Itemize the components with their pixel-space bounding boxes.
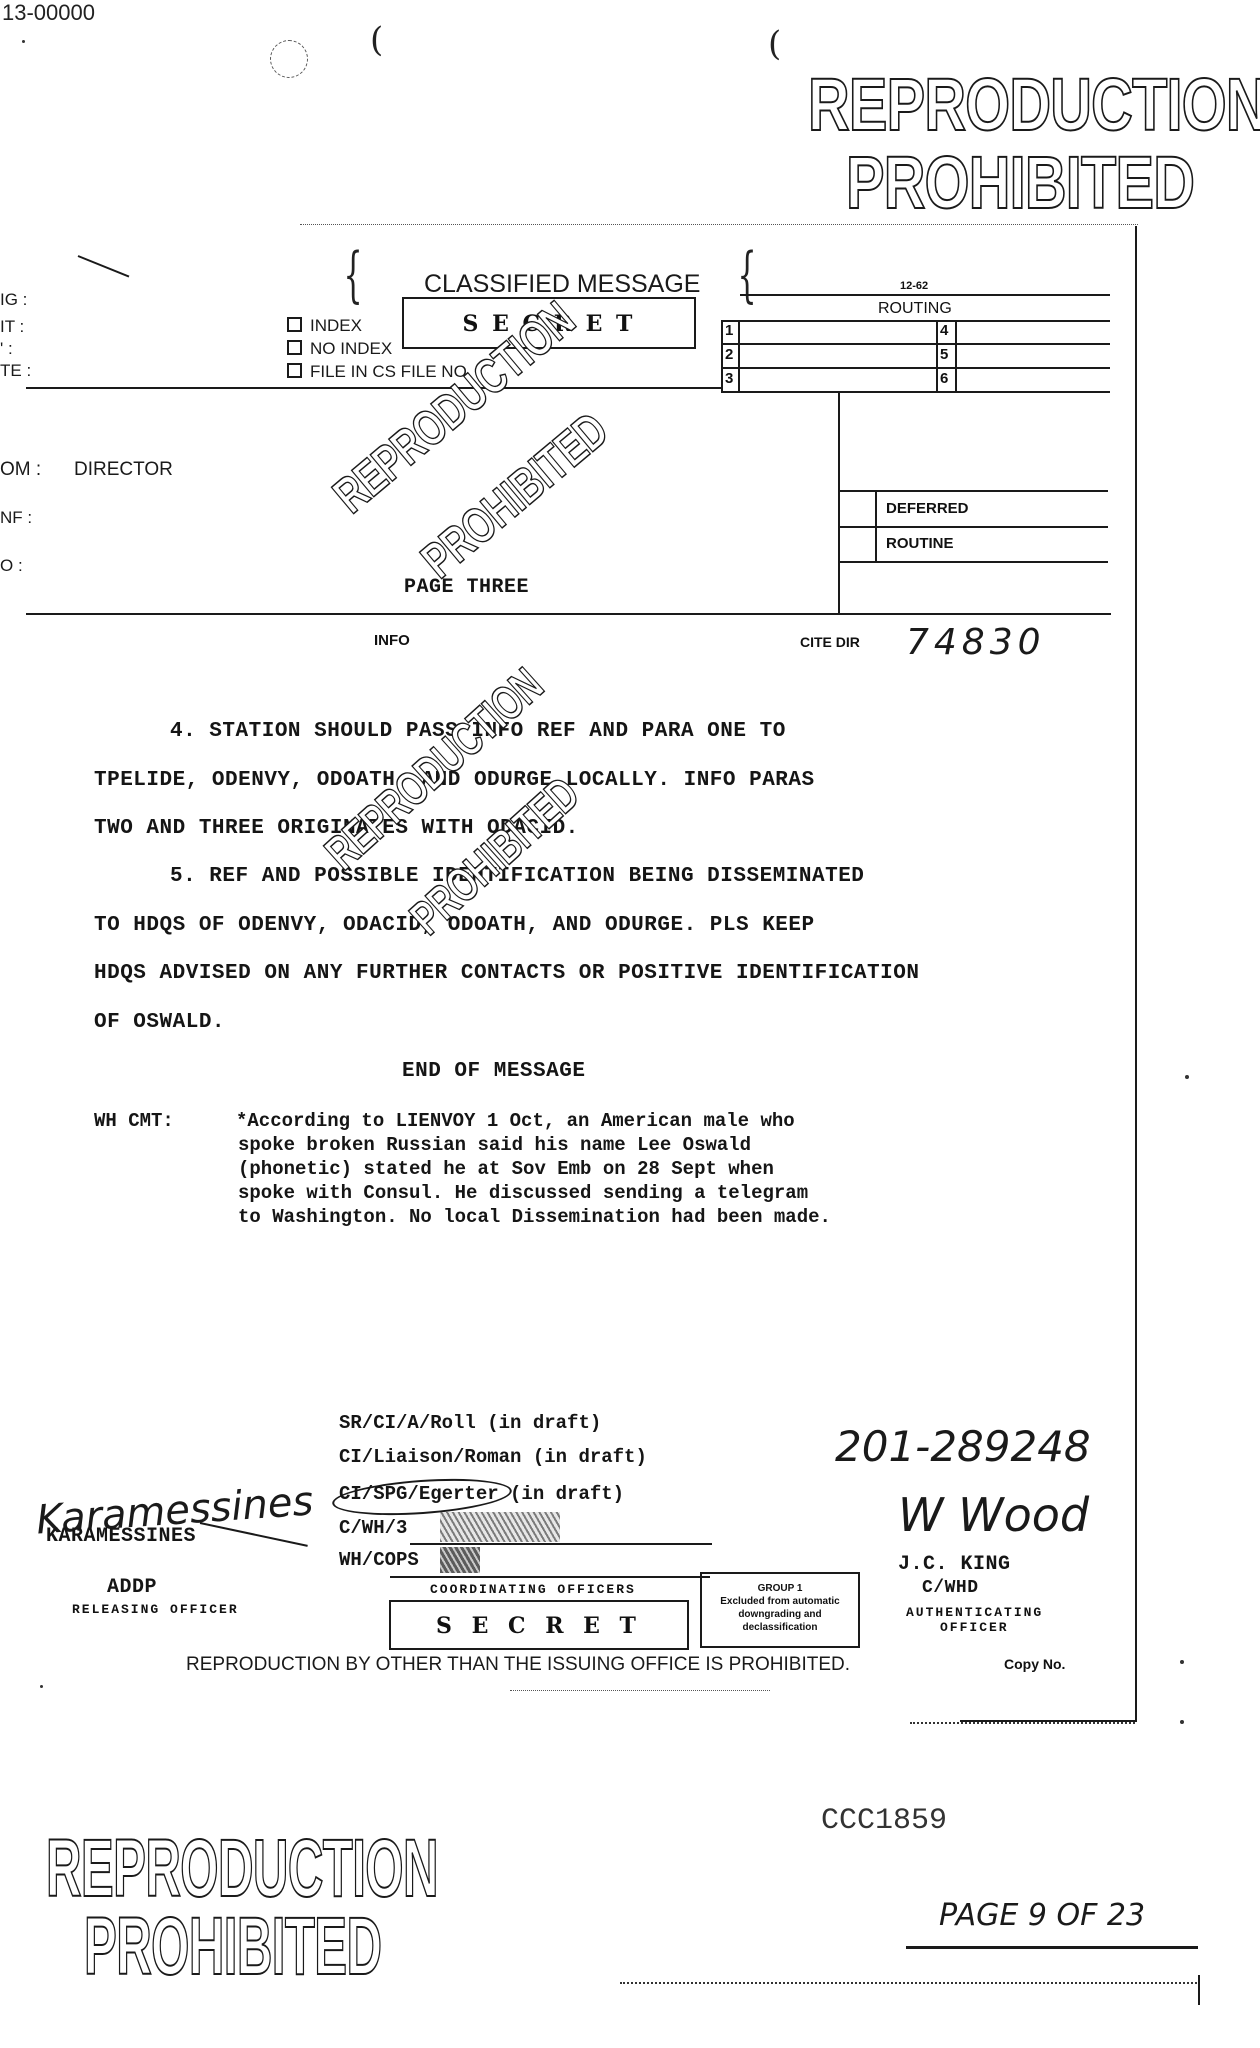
- checkbox-square[interactable]: [287, 340, 302, 355]
- page-number: PAGE 9 OF 23: [939, 1898, 1145, 1933]
- routing-6: 6: [940, 370, 948, 387]
- bracket-mark: (: [768, 24, 781, 64]
- precedence-line: [838, 490, 1108, 492]
- routing-top-line: [740, 294, 1110, 296]
- precedence-line: [838, 526, 1108, 528]
- reproduction-notice: REPRODUCTION BY OTHER THAN THE ISSUING O…: [186, 1654, 850, 1676]
- routing-row-line: [721, 367, 1110, 369]
- routing-col-line: [955, 320, 957, 392]
- precedence-deferred: DEFERRED: [886, 500, 969, 517]
- checkbox-square[interactable]: [287, 363, 302, 378]
- group-box-text: GROUP 1 Excluded from automatic downgrad…: [702, 1574, 858, 1634]
- brace-mark: {: [738, 240, 757, 310]
- scribble-mark: [78, 255, 130, 277]
- routing-3: 3: [725, 370, 733, 387]
- header-divider: [26, 387, 723, 389]
- comment-line: spoke with Consul. He discussed sending …: [238, 1182, 808, 1204]
- routing-title: ROUTING: [878, 300, 952, 318]
- bottom-rule: [620, 1982, 1200, 1984]
- redacted-initials: [440, 1547, 480, 1573]
- authenticating-title: C/WHD: [922, 1578, 979, 1598]
- coordination-entry: CI/SPG/Egerter (in draft): [339, 1483, 624, 1505]
- group-box: GROUP 1 Excluded from automatic downgrad…: [700, 1572, 860, 1648]
- cite-label: CITE DIR: [800, 634, 860, 650]
- coordination-entry: WH/COPS: [339, 1549, 419, 1571]
- document-id: 13-00000: [2, 0, 95, 26]
- info-label: INFO: [374, 632, 410, 649]
- coordinating-officers-label: COORDINATING OFFICERS: [430, 1582, 636, 1597]
- coordination-line: [390, 1576, 710, 1578]
- end-of-message: END OF MESSAGE: [402, 1060, 585, 1083]
- coordination-entry: CI/Liaison/Roman (in draft): [339, 1446, 647, 1468]
- conf-label: NF :: [0, 508, 32, 528]
- body-line: OF OSWALD.: [94, 1011, 225, 1034]
- bottom-classification-label: S E C R E T: [391, 1602, 687, 1639]
- form-title: CLASSIFIED MESSAGE: [424, 270, 700, 299]
- redacted-signature: [440, 1512, 560, 1542]
- routing-5: 5: [940, 346, 948, 363]
- form-right-border: [1135, 226, 1137, 1720]
- label-orig: IG :: [0, 290, 27, 310]
- scan-speck: [1185, 1075, 1189, 1079]
- precedence-divider: [838, 391, 840, 613]
- serial-stamp: CCC1859: [821, 1804, 947, 1838]
- releasing-name: KARAMESSINES: [46, 1525, 196, 1548]
- form-top-border: [300, 224, 1138, 225]
- routing-row-line: [721, 343, 1110, 345]
- page-label: PAGE THREE: [404, 576, 529, 599]
- scan-speck: [22, 40, 25, 43]
- brace-mark: {: [344, 240, 363, 310]
- handwritten-file-number: 201-289248: [835, 1422, 1091, 1471]
- coordination-entry: SR/CI/A/Roll (in draft): [339, 1412, 601, 1434]
- precedence-col: [875, 490, 877, 561]
- routing-1: 1: [725, 322, 733, 339]
- routing-table: [721, 320, 1110, 392]
- authenticating-name: J.C. KING: [898, 1553, 1011, 1576]
- cite-number: 74830: [906, 622, 1046, 663]
- comment-line: spoke broken Russian said his name Lee O…: [238, 1134, 751, 1156]
- routing-2: 2: [725, 346, 733, 363]
- main-divider: [26, 613, 1111, 615]
- to-label: O :: [0, 556, 23, 576]
- scan-speck: [1180, 1720, 1184, 1724]
- coordination-entry: C/WH/3: [339, 1517, 407, 1539]
- label-ext: ' :: [0, 339, 13, 359]
- authenticating-role-2: OFFICER: [940, 1620, 1009, 1635]
- checkbox-no-index[interactable]: NO INDEX: [287, 339, 392, 359]
- label-date: TE :: [0, 361, 31, 381]
- copy-no-label: Copy No.: [1004, 1656, 1065, 1672]
- hole-punch-mark: [270, 40, 308, 78]
- body-line: HDQS ADVISED ON ANY FURTHER CONTACTS OR …: [94, 962, 919, 985]
- page-number-underline: [906, 1946, 1198, 1949]
- routing-row-line: [721, 391, 1110, 393]
- prohibited-stamp-top: PROHIBITED: [846, 140, 1194, 225]
- authenticating-signature: W Wood: [898, 1488, 1089, 1542]
- footer-dotted-line: [510, 1690, 770, 1691]
- routing-4: 4: [940, 322, 948, 339]
- reproduction-stamp-top: REPRODUCTION: [808, 62, 1260, 147]
- routing-col-line: [936, 320, 938, 392]
- precedence-line: [838, 561, 1108, 563]
- signature-line: [410, 1543, 712, 1545]
- releasing-title: ADDP: [107, 1576, 157, 1599]
- bottom-classification-box: S E C R E T: [389, 1600, 689, 1650]
- form-number: 12-62: [900, 280, 928, 292]
- bracket-mark: (: [370, 20, 383, 60]
- scan-speck: [1180, 1660, 1184, 1664]
- comment-line: (phonetic) stated he at Sov Emb on 28 Se…: [238, 1158, 774, 1180]
- form-bottom-dotted: [910, 1722, 1135, 1724]
- routing-col-line: [738, 320, 740, 392]
- checkbox-index[interactable]: INDEX: [287, 316, 362, 336]
- authenticating-role-1: AUTHENTICATING: [906, 1605, 1043, 1620]
- scan-speck: [40, 1685, 43, 1688]
- bottom-tick: [1198, 1975, 1200, 2005]
- from-label: OM :: [0, 459, 41, 481]
- checkbox-square[interactable]: [287, 317, 302, 332]
- precedence-routine: ROUTINE: [886, 535, 954, 552]
- releasing-role: RELEASING OFFICER: [72, 1602, 239, 1617]
- label-unit: IT :: [0, 317, 24, 337]
- comment-line: to Washington. No local Dissemination ha…: [238, 1206, 831, 1228]
- comment-line: *According to LIENVOY 1 Oct, an American…: [236, 1110, 795, 1132]
- prohibited-stamp-bottom: PROHIBITED: [84, 1900, 381, 1994]
- comment-label: WH CMT:: [94, 1110, 174, 1132]
- from-value: DIRECTOR: [74, 459, 173, 481]
